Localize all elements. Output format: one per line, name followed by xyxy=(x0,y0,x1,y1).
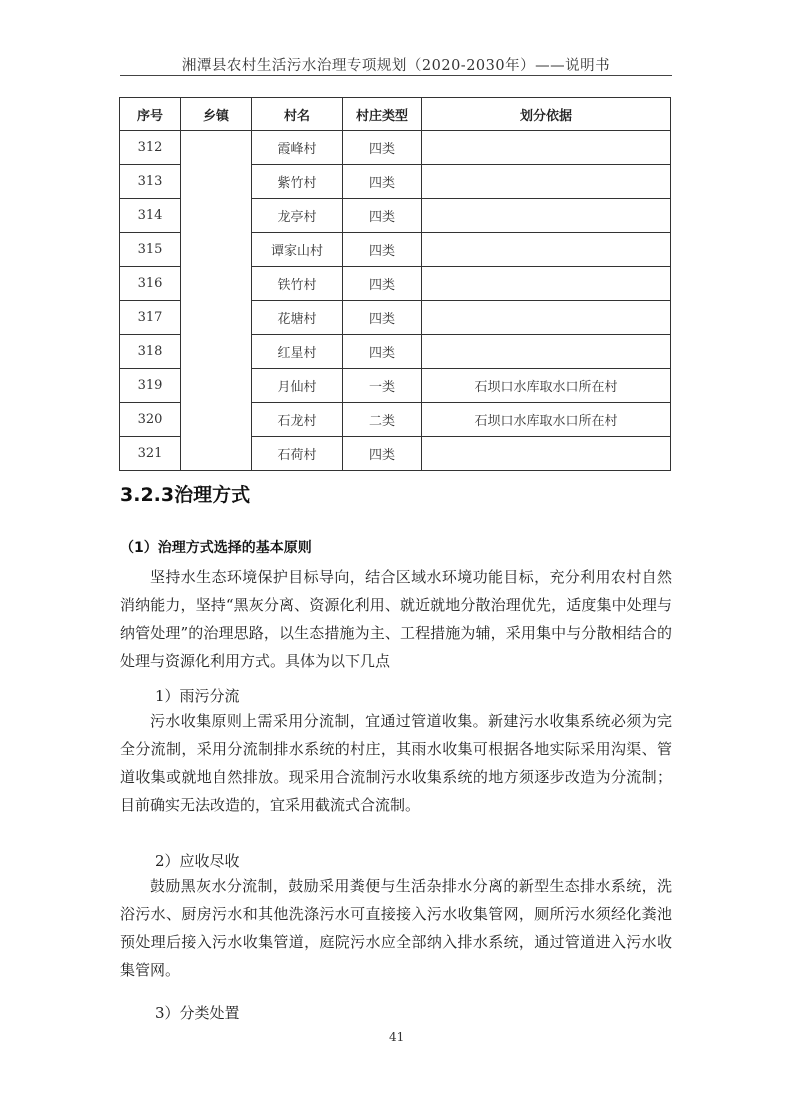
cell-village: 谭家山村 xyxy=(252,233,343,267)
column-header-type: 村庄类型 xyxy=(343,98,422,131)
cell-basis: 石坝口水库取水口所在村 xyxy=(422,369,671,403)
cell-basis xyxy=(422,199,671,233)
cell-village: 霞峰村 xyxy=(252,131,343,165)
cell-village: 红星村 xyxy=(252,335,343,369)
cell-village: 铁竹村 xyxy=(252,267,343,301)
table-header-row: 序号 乡镇 村名 村庄类型 划分依据 xyxy=(120,98,671,131)
cell-village: 石荷村 xyxy=(252,437,343,471)
cell-basis xyxy=(422,267,671,301)
table-row: 312 霞峰村 四类 xyxy=(120,131,671,165)
cell-type: 四类 xyxy=(343,301,422,335)
cell-no: 314 xyxy=(120,199,181,233)
cell-basis xyxy=(422,335,671,369)
item-title-rain-sewage-separation: 1）雨污分流 xyxy=(155,685,240,706)
page-number: 41 xyxy=(389,1030,404,1044)
cell-village: 龙亭村 xyxy=(252,199,343,233)
cell-village: 石龙村 xyxy=(252,403,343,437)
column-header-township: 乡镇 xyxy=(181,98,252,131)
item-body-collect-all: 鼓励黑灰水分流制，鼓励采用粪便与生活杂排水分离的新型生态排水系统，洗浴污水、厨房… xyxy=(120,872,672,984)
cell-type: 四类 xyxy=(343,437,422,471)
cell-no: 317 xyxy=(120,301,181,335)
document-header-title: 湘潭县农村生活污水治理专项规划（2020-2030年）——说明书 xyxy=(120,54,672,75)
cell-no: 320 xyxy=(120,403,181,437)
cell-basis xyxy=(422,437,671,471)
item-title-classified-disposal: 3）分类处置 xyxy=(155,1002,240,1023)
cell-no: 321 xyxy=(120,437,181,471)
cell-village: 花塘村 xyxy=(252,301,343,335)
section-heading: 3.2.3治理方式 xyxy=(120,480,250,507)
column-header-no: 序号 xyxy=(120,98,181,131)
village-classification-table: 序号 乡镇 村名 村庄类型 划分依据 312 霞峰村 四类 313 紫竹村 四类… xyxy=(119,97,671,471)
cell-basis xyxy=(422,131,671,165)
cell-no: 318 xyxy=(120,335,181,369)
cell-no: 315 xyxy=(120,233,181,267)
subsection-heading: （1）治理方式选择的基本原则 xyxy=(120,537,312,557)
item-body-rain-sewage-separation: 污水收集原则上需采用分流制，宜通过管道收集。新建污水收集系统必须为完全分流制，采… xyxy=(120,707,672,819)
cell-type: 四类 xyxy=(343,199,422,233)
cell-type: 四类 xyxy=(343,335,422,369)
cell-no: 316 xyxy=(120,267,181,301)
cell-basis: 石坝口水库取水口所在村 xyxy=(422,403,671,437)
cell-village: 月仙村 xyxy=(252,369,343,403)
cell-basis xyxy=(422,301,671,335)
column-header-village: 村名 xyxy=(252,98,343,131)
intro-paragraph: 坚持水生态环境保护目标导向，结合区域水环境功能目标，充分利用农村自然消纳能力，坚… xyxy=(120,563,672,675)
cell-basis xyxy=(422,165,671,199)
cell-type: 四类 xyxy=(343,165,422,199)
cell-type: 四类 xyxy=(343,233,422,267)
cell-type: 四类 xyxy=(343,267,422,301)
cell-village: 紫竹村 xyxy=(252,165,343,199)
cell-township xyxy=(181,131,252,471)
cell-no: 313 xyxy=(120,165,181,199)
column-header-basis: 划分依据 xyxy=(422,98,671,131)
cell-no: 312 xyxy=(120,131,181,165)
cell-basis xyxy=(422,233,671,267)
item-title-collect-all: 2）应收尽收 xyxy=(155,850,240,871)
cell-type: 四类 xyxy=(343,131,422,165)
header-divider xyxy=(120,75,672,76)
cell-no: 319 xyxy=(120,369,181,403)
cell-type: 一类 xyxy=(343,369,422,403)
cell-type: 二类 xyxy=(343,403,422,437)
